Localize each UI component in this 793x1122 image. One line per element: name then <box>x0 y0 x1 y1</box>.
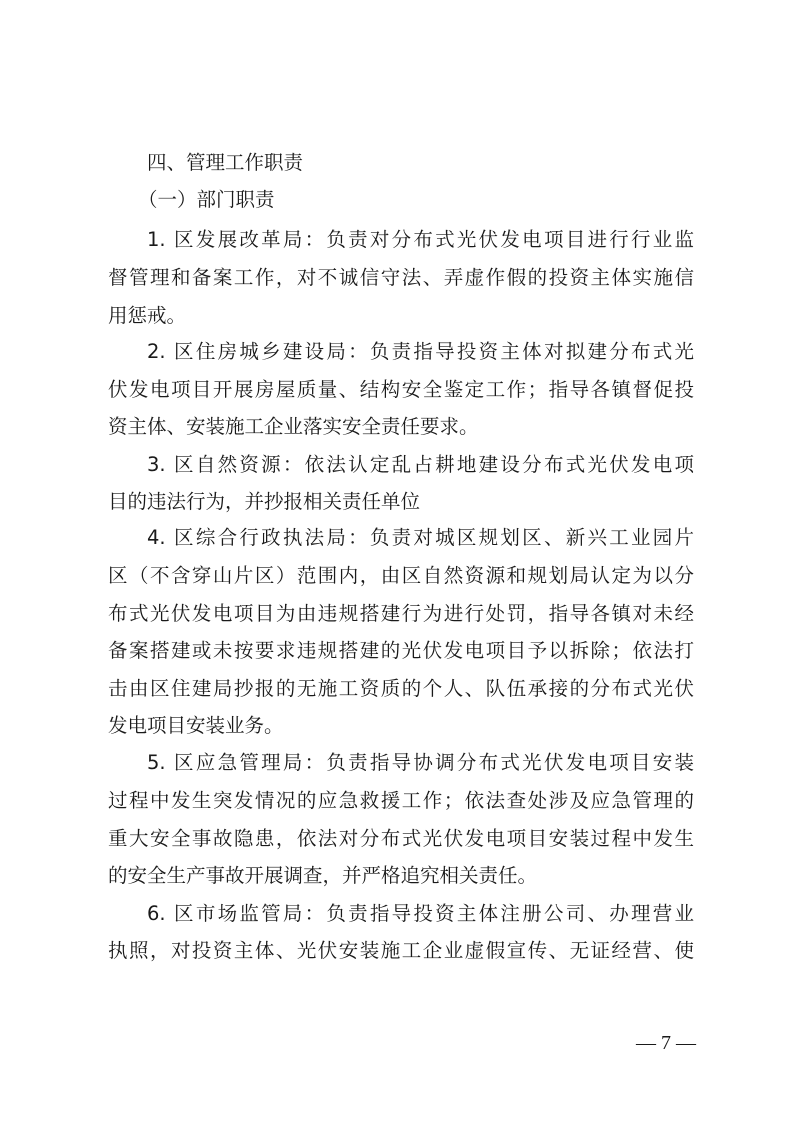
paragraph-4-line-2: 区（不含穿山片区）范围内，由区自然资源和规划局认定为以分 <box>108 563 694 589</box>
paragraph-3-line-1: 3. 区自然资源：依法认定乱占耕地建设分布式光伏发电项 <box>147 452 694 478</box>
paragraph-4-line-4: 备案搭建或未按要求违规搭建的光伏发电项目予以拆除；依法打 <box>108 638 694 664</box>
paragraph-4-line-6: 发电项目安装业务。 <box>108 713 694 739</box>
paragraph-5-line-2: 过程中发生突发情况的应急救援工作；依法查处涉及应急管理的 <box>108 788 694 814</box>
paragraph-2-line-3: 资主体、安装施工企业落实安全责任要求。 <box>108 414 694 440</box>
paragraph-1-line-1: 1. 区发展改革局：负责对分布式光伏发电项目进行行业监 <box>147 227 694 253</box>
page-number: — 7 — <box>636 1031 696 1055</box>
subsection-heading: （一）部门职责 <box>138 187 685 213</box>
paragraph-4-line-1: 4. 区综合行政执法局：负责对城区规划区、新兴工业园片 <box>147 525 694 551</box>
paragraph-1-line-2: 督管理和备案工作，对不诚信守法、弄虚作假的投资主体实施信 <box>108 265 694 291</box>
paragraph-1-line-3: 用惩戒。 <box>108 303 694 329</box>
paragraph-5-line-4: 的安全生产事故开展调查，并严格追究相关责任。 <box>108 863 694 889</box>
paragraph-6-line-2: 执照，对投资主体、光伏安装施工企业虚假宣传、无证经营、使 <box>108 938 694 964</box>
section-heading: 四、管理工作职责 <box>147 150 694 176</box>
paragraph-2-line-2: 伏发电项目开展房屋质量、结构安全鉴定工作；指导各镇督促投 <box>108 377 694 403</box>
paragraph-5-line-1: 5. 区应急管理局：负责指导协调分布式光伏发电项目安装 <box>147 750 694 776</box>
document-page: 四、管理工作职责 （一）部门职责 1. 区发展改革局：负责对分布式光伏发电项目进… <box>0 0 793 1122</box>
paragraph-5-line-3: 重大安全事故隐患，依法对分布式光伏发电项目安装过程中发生 <box>108 826 694 852</box>
paragraph-3-line-2: 目的违法行为，并抄报相关责任单位 <box>108 489 694 515</box>
paragraph-6-line-1: 6. 区市场监管局：负责指导投资主体注册公司、办理营业 <box>147 901 694 927</box>
paragraph-4-line-3: 布式光伏发电项目为由违规搭建行为进行处罚，指导各镇对未经 <box>108 601 694 627</box>
paragraph-4-line-5: 击由区住建局抄报的无施工资质的个人、队伍承接的分布式光伏 <box>108 676 694 702</box>
paragraph-2-line-1: 2. 区住房城乡建设局：负责指导投资主体对拟建分布式光 <box>147 339 694 365</box>
